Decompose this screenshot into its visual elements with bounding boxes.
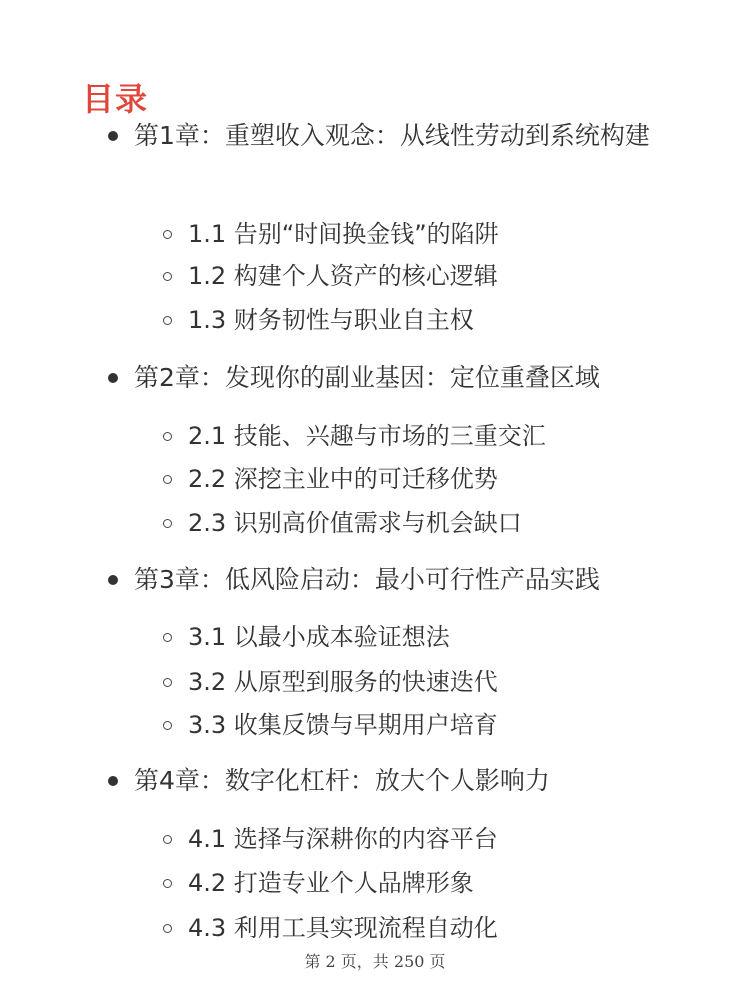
- bullet-circle-icon: [163, 230, 172, 239]
- toc-section-4-2[interactable]: 4.2 打造专业个人品牌形象: [163, 863, 474, 903]
- section-title[interactable]: 4.2 打造专业个人品牌形象: [188, 863, 474, 903]
- bullet-disc-icon: [108, 131, 118, 141]
- chapter-title[interactable]: 第2章：发现你的副业基因：定位重叠区域: [134, 359, 678, 397]
- chapter-title[interactable]: 第4章：数字化杠杆：放大个人影响力: [134, 762, 678, 800]
- bullet-circle-icon: [163, 316, 172, 325]
- section-title[interactable]: 3.2 从原型到服务的快速迭代: [188, 662, 498, 702]
- bullet-circle-icon: [163, 924, 172, 933]
- bullet-circle-icon: [163, 519, 172, 528]
- bullet-circle-icon: [163, 879, 172, 888]
- section-title[interactable]: 2.2 深挖主业中的可迁移优势: [188, 459, 498, 499]
- bullet-circle-icon: [163, 835, 172, 844]
- bullet-circle-icon: [163, 721, 172, 730]
- page-footer: 第 2 页，共 250 页: [0, 950, 750, 974]
- section-title[interactable]: 3.1 以最小成本验证想法: [188, 617, 450, 657]
- toc-section-1-1[interactable]: 1.1 告别“时间换金钱”的陷阱: [163, 214, 499, 254]
- toc-chapter-3[interactable]: 第3章：低风险启动：最小可行性产品实践: [108, 561, 678, 599]
- section-title[interactable]: 1.2 构建个人资产的核心逻辑: [188, 256, 498, 296]
- toc-section-2-1[interactable]: 2.1 技能、兴趣与市场的三重交汇: [163, 416, 546, 456]
- bullet-disc-icon: [108, 373, 118, 383]
- toc-section-4-1[interactable]: 4.1 选择与深耕你的内容平台: [163, 819, 498, 859]
- toc-section-2-3[interactable]: 2.3 识别高价值需求与机会缺口: [163, 503, 522, 543]
- toc-section-3-1[interactable]: 3.1 以最小成本验证想法: [163, 617, 450, 657]
- toc-section-3-3[interactable]: 3.3 收集反馈与早期用户培育: [163, 705, 498, 745]
- chapter-title[interactable]: 第1章：重塑收入观念：从线性劳动到系统构建: [134, 117, 678, 155]
- bullet-disc-icon: [108, 776, 118, 786]
- section-title[interactable]: 1.3 财务韧性与职业自主权: [188, 300, 474, 340]
- toc-section-1-3[interactable]: 1.3 财务韧性与职业自主权: [163, 300, 474, 340]
- section-title[interactable]: 3.3 收集反馈与早期用户培育: [188, 705, 498, 745]
- toc-section-3-2[interactable]: 3.2 从原型到服务的快速迭代: [163, 662, 498, 702]
- bullet-circle-icon: [163, 432, 172, 441]
- section-title[interactable]: 2.1 技能、兴趣与市场的三重交汇: [188, 416, 546, 456]
- bullet-circle-icon: [163, 633, 172, 642]
- bullet-circle-icon: [163, 678, 172, 687]
- section-title[interactable]: 2.3 识别高价值需求与机会缺口: [188, 503, 522, 543]
- toc-chapter-2[interactable]: 第2章：发现你的副业基因：定位重叠区域: [108, 359, 678, 397]
- chapter-title[interactable]: 第3章：低风险启动：最小可行性产品实践: [134, 561, 678, 599]
- page-indicator: 第 2 页，共 250 页: [304, 952, 445, 971]
- page-title: 目录: [82, 77, 148, 121]
- section-title[interactable]: 1.1 告别“时间换金钱”的陷阱: [188, 214, 499, 254]
- section-title[interactable]: 4.3 利用工具实现流程自动化: [188, 908, 498, 948]
- toc-section-1-2[interactable]: 1.2 构建个人资产的核心逻辑: [163, 256, 498, 296]
- toc-chapter-1[interactable]: 第1章：重塑收入观念：从线性劳动到系统构建: [108, 117, 678, 155]
- toc-chapter-4[interactable]: 第4章：数字化杠杆：放大个人影响力: [108, 762, 678, 800]
- bullet-circle-icon: [163, 272, 172, 281]
- toc-section-4-3[interactable]: 4.3 利用工具实现流程自动化: [163, 908, 498, 948]
- section-title[interactable]: 4.1 选择与深耕你的内容平台: [188, 819, 498, 859]
- toc-section-2-2[interactable]: 2.2 深挖主业中的可迁移优势: [163, 459, 498, 499]
- bullet-circle-icon: [163, 475, 172, 484]
- bullet-disc-icon: [108, 575, 118, 585]
